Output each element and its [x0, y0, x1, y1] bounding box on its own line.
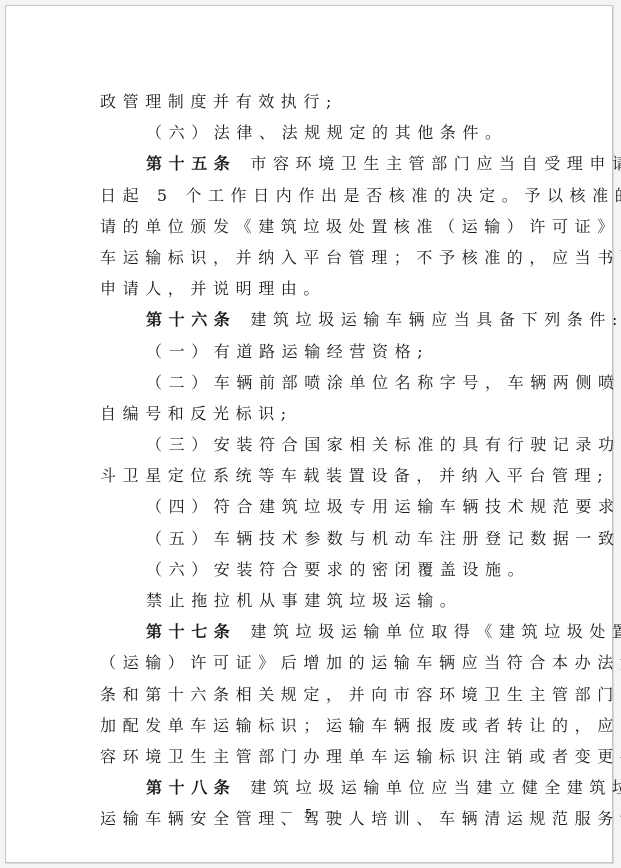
line-text: 建筑垃圾运输车辆应当具备下列条件:	[250, 310, 621, 329]
line-text: （一）有道路运输经营资格;	[146, 342, 429, 361]
article-heading: 第十六条	[146, 310, 236, 329]
text-line: （一）有道路运输经营资格;	[100, 336, 540, 367]
text-line: 请的单位颁发《建筑垃圾处置核准（运输）许可证》以及单	[100, 211, 540, 242]
line-text: 日起 5 个工作日内作出是否核准的决定。予以核准的，向申	[100, 186, 621, 205]
line-text: 容环境卫生主管部门办理单车运输标识注销或者变更手续。	[100, 747, 621, 766]
line-text: 斗卫星定位系统等车载装置设备，并纳入平台管理;	[100, 466, 609, 485]
line-text: （五）车辆技术参数与机动车注册登记数据一致;	[146, 529, 621, 548]
text-line: 政管理制度并有效执行;	[100, 86, 540, 117]
article-16-heading-line: 第十六条建筑垃圾运输车辆应当具备下列条件:	[100, 304, 540, 335]
line-text: 自编号和反光标识;	[100, 404, 293, 423]
text-line: 申请人，并说明理由。	[100, 273, 540, 304]
text-line: （六）安装符合要求的密闭覆盖设施。	[100, 554, 540, 585]
line-text: （二）车辆前部喷涂单位名称字号，车辆两侧喷涂单位	[146, 373, 621, 392]
page-number: － 5 －	[0, 803, 621, 823]
text-line: （三）安装符合国家相关标准的具有行驶记录功能的北	[100, 429, 540, 460]
line-text: 建筑垃圾运输单位取得《建筑垃圾处置核准	[250, 622, 621, 641]
article-15-heading-line: 第十五条市容环境卫生主管部门应当自受理申请之	[100, 148, 540, 179]
line-text: 加配发单车运输标识；运输车辆报废或者转让的，应当向市	[100, 716, 621, 735]
text-line: 日起 5 个工作日内作出是否核准的决定。予以核准的，向申	[100, 180, 540, 211]
line-text: 禁止拖拉机从事建筑垃圾运输。	[146, 591, 462, 610]
text-line: 条和第十六条相关规定，并向市容环境卫生主管部门申请增	[100, 679, 540, 710]
article-18-heading-line: 第十八条建筑垃圾运输单位应当建立健全建筑垃圾	[100, 772, 540, 803]
line-text: 车运输标识，并纳入平台管理；不予核准的，应当书面告知	[100, 248, 621, 267]
text-line: 自编号和反光标识;	[100, 398, 540, 429]
line-text: 申请人，并说明理由。	[100, 279, 326, 298]
text-line: （五）车辆技术参数与机动车注册登记数据一致;	[100, 523, 540, 554]
line-text: （六）安装符合要求的密闭覆盖设施。	[146, 560, 530, 579]
article-heading: 第十八条	[146, 778, 236, 797]
article-17-heading-line: 第十七条建筑垃圾运输单位取得《建筑垃圾处置核准	[100, 616, 540, 647]
line-text: 条和第十六条相关规定，并向市容环境卫生主管部门申请增	[100, 685, 621, 704]
text-line: 容环境卫生主管部门办理单车运输标识注销或者变更手续。	[100, 741, 540, 772]
line-text: 市容环境卫生主管部门应当自受理申请之	[250, 154, 621, 173]
line-text: （运输）许可证》后增加的运输车辆应当符合本办法第十四	[100, 653, 621, 672]
line-text: （六）法律、法规规定的其他条件。	[146, 123, 508, 142]
text-line: 斗卫星定位系统等车载装置设备，并纳入平台管理;	[100, 460, 540, 491]
text-line: 加配发单车运输标识；运输车辆报废或者转让的，应当向市	[100, 710, 540, 741]
text-line: 车运输标识，并纳入平台管理；不予核准的，应当书面告知	[100, 242, 540, 273]
text-line: （运输）许可证》后增加的运输车辆应当符合本办法第十四	[100, 647, 540, 678]
article-heading: 第十五条	[146, 154, 236, 173]
article-heading: 第十七条	[146, 622, 236, 641]
line-text: 政管理制度并有效执行;	[100, 92, 338, 111]
text-line: （六）法律、法规规定的其他条件。	[100, 117, 540, 148]
document-body: 政管理制度并有效执行; （六）法律、法规规定的其他条件。 第十五条市容环境卫生主…	[100, 86, 540, 835]
text-line: （二）车辆前部喷涂单位名称字号，车辆两侧喷涂单位	[100, 367, 540, 398]
document-page: 政管理制度并有效执行; （六）法律、法规规定的其他条件。 第十五条市容环境卫生主…	[5, 5, 613, 863]
line-text: 请的单位颁发《建筑垃圾处置核准（运输）许可证》以及单	[100, 217, 621, 236]
text-line: 禁止拖拉机从事建筑垃圾运输。	[100, 585, 540, 616]
line-text: （四）符合建筑垃圾专用运输车辆技术规范要求;	[146, 497, 621, 516]
line-text: （三）安装符合国家相关标准的具有行驶记录功能的北	[146, 435, 621, 454]
line-text: 建筑垃圾运输单位应当建立健全建筑垃圾	[250, 778, 621, 797]
text-line: （四）符合建筑垃圾专用运输车辆技术规范要求;	[100, 491, 540, 522]
